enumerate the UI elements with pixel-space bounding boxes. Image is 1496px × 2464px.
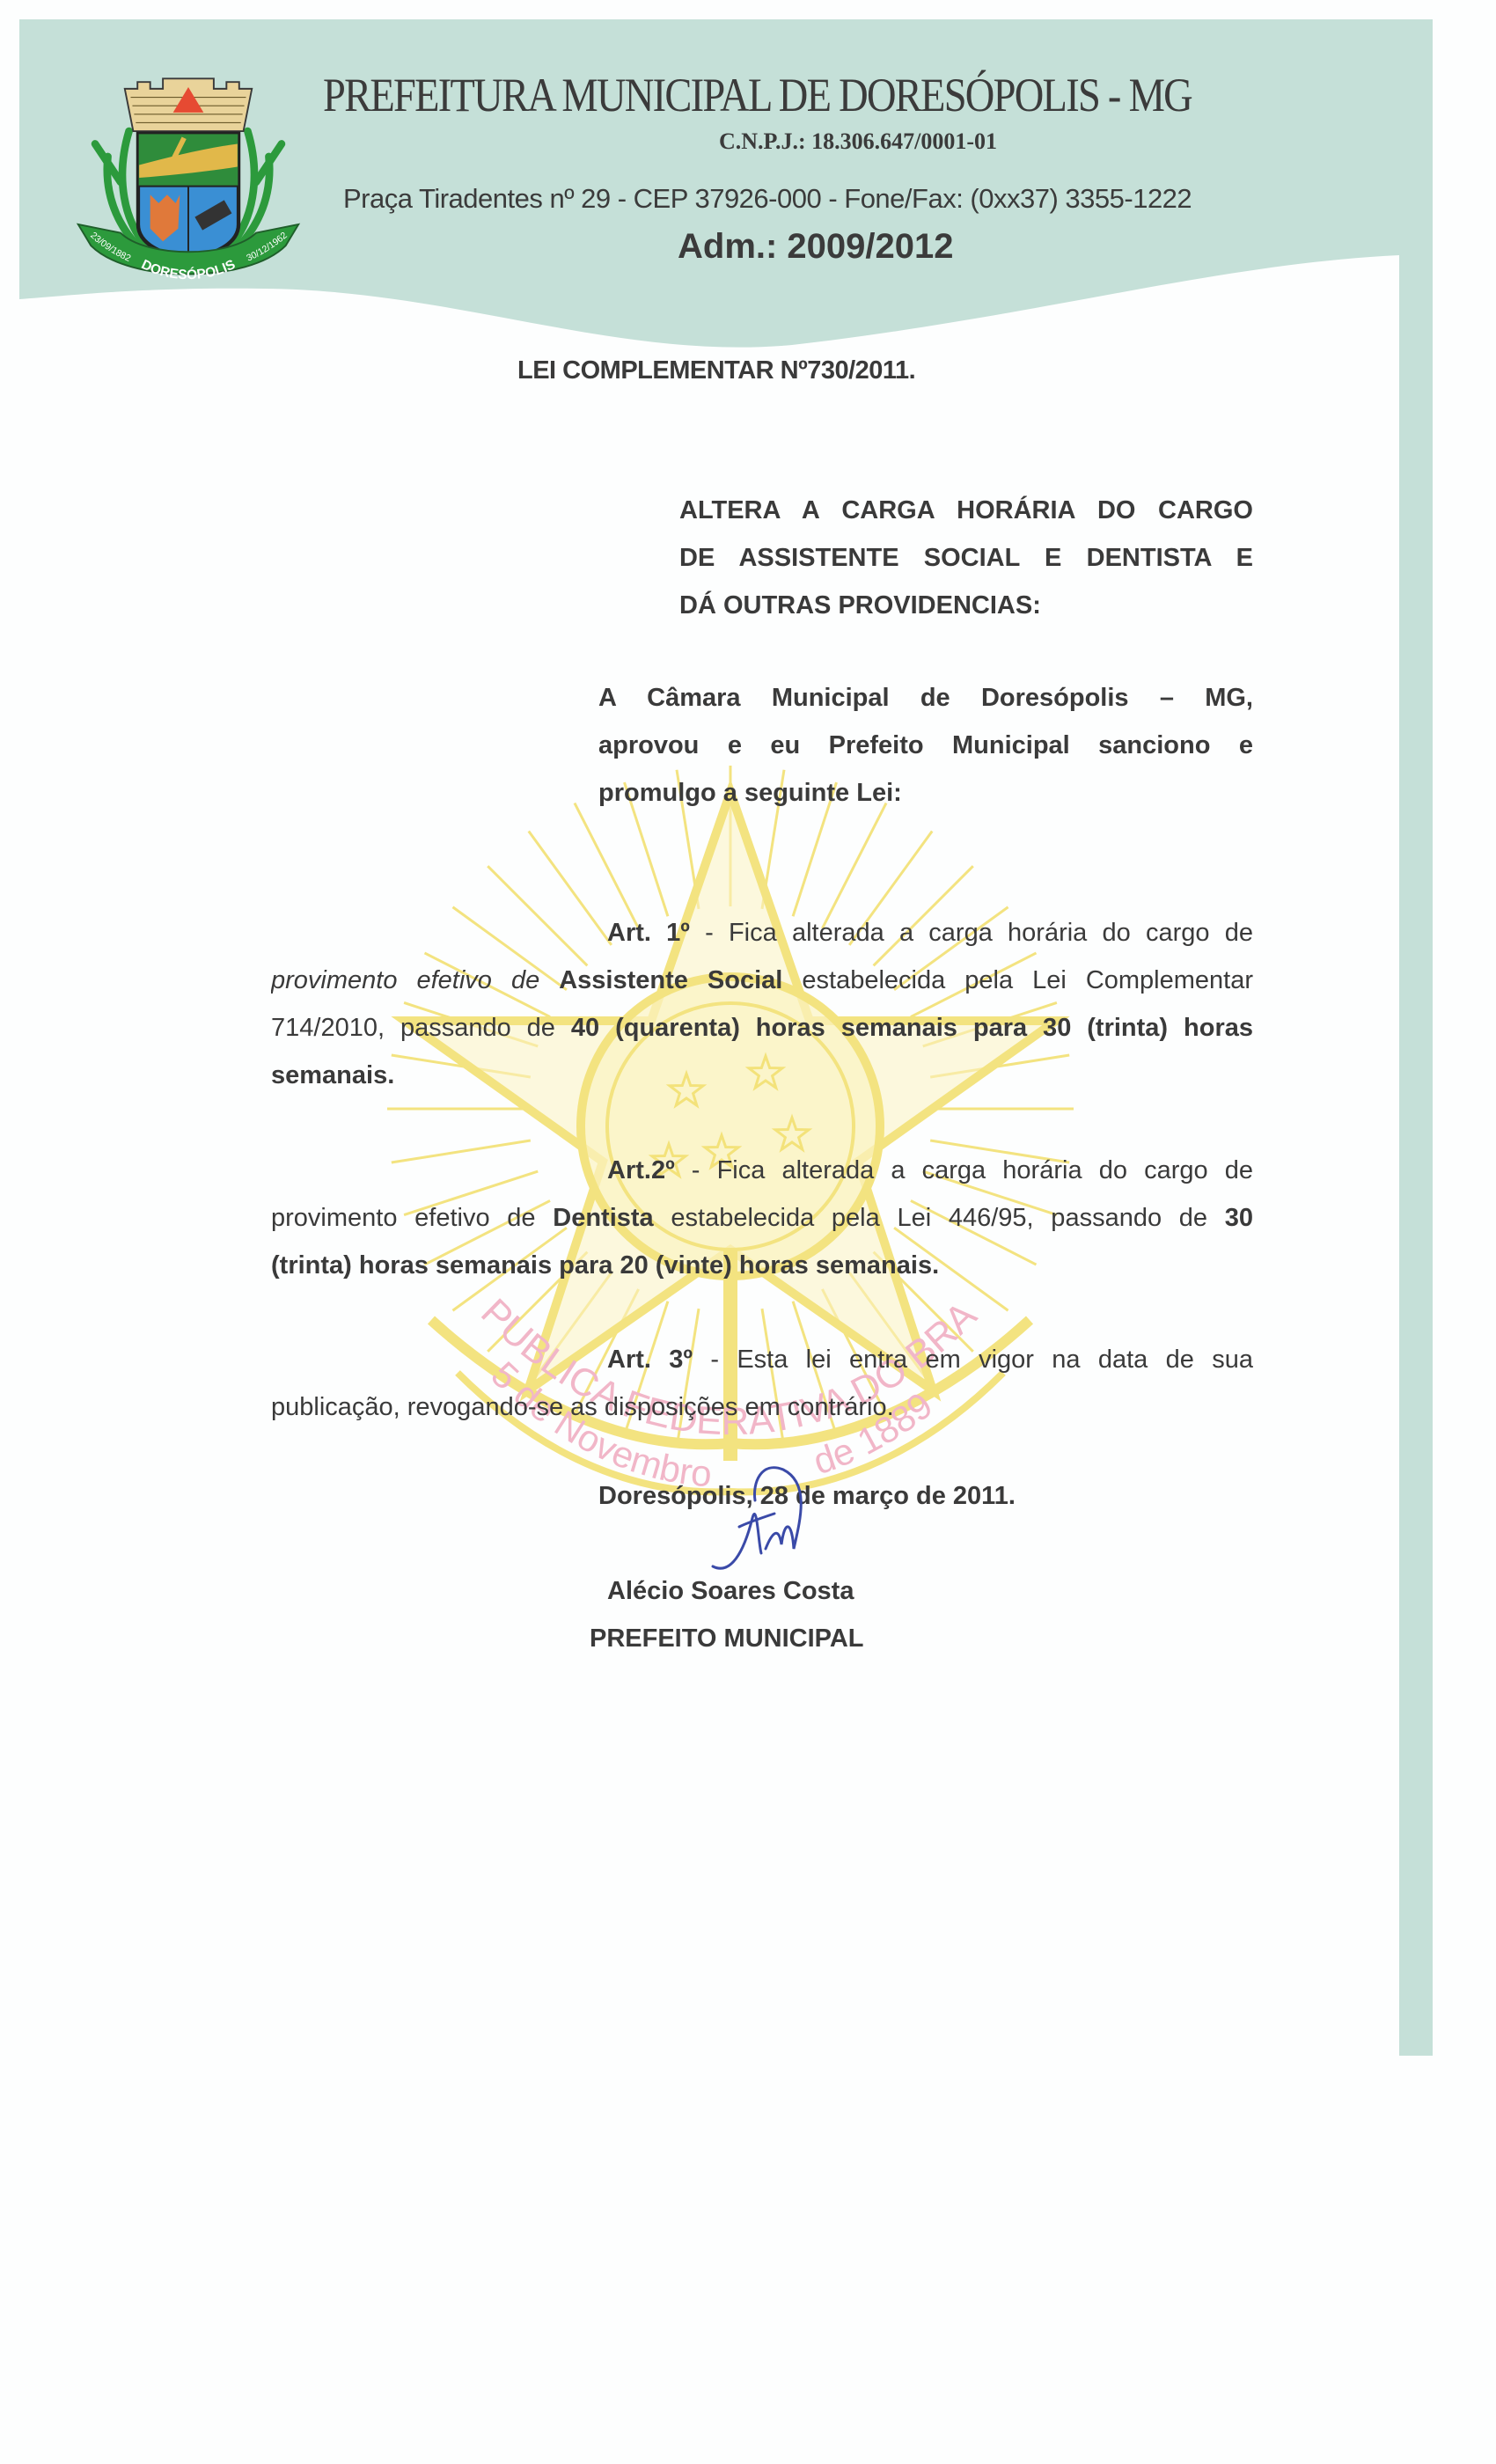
preamble-line: A Câmara Municipal de Doresópolis – MG,: [598, 682, 1253, 730]
preamble-line: aprovou e eu Prefeito Municipal sanciono…: [598, 730, 1253, 777]
article-text-bold: 30: [1225, 1204, 1253, 1232]
article-2: Art.2º - Fica alterada a carga horária d…: [271, 1155, 1253, 1297]
law-title: LEI COMPLEMENTAR Nº730/2011.: [517, 356, 915, 385]
article-3: Art. 3º - Esta lei entra em vigor na dat…: [271, 1344, 1253, 1439]
article-text-bold: Art. 3º: [607, 1346, 693, 1374]
article-text-bold: Dentista: [553, 1204, 653, 1232]
municipal-coat-of-arms-icon: DORESÓPOLIS 23/09/1882 30/12/1962: [69, 63, 308, 292]
article-line: Art.2º - Fica alterada a carga horária d…: [271, 1155, 1253, 1202]
preamble-line: promulgo a seguinte Lei:: [598, 777, 1253, 825]
ementa-line: ALTERA A CARGA HORÁRIA DO CARGO: [679, 495, 1253, 542]
article-text: estabelecida pela Lei 446/95, passando d…: [654, 1204, 1225, 1232]
article-text: - Esta lei entra em vigor na data de sua: [693, 1346, 1253, 1374]
article-text-bold: semanais.: [271, 1061, 394, 1089]
ementa: ALTERA A CARGA HORÁRIA DO CARGO DE ASSIS…: [679, 495, 1253, 637]
article-text: provimento efetivo de: [271, 1204, 553, 1232]
ementa-line: DE ASSISTENTE SOCIAL E DENTISTA E: [679, 542, 1253, 590]
article-text: publicação, revogando-se as disposições …: [271, 1393, 894, 1421]
article-text-bold: 40 (quarenta) horas semanais para 30 (tr…: [571, 1014, 1253, 1042]
article-line: Art. 3º - Esta lei entra em vigor na dat…: [271, 1344, 1253, 1391]
preamble: A Câmara Municipal de Doresópolis – MG, …: [598, 682, 1253, 825]
header-administration: Adm.: 2009/2012: [678, 227, 954, 267]
signer-role: PREFEITO MUNICIPAL: [590, 1624, 864, 1654]
article-text-bold: Art.2º: [607, 1156, 675, 1184]
article-1: Art. 1º - Fica alterada a carga horária …: [271, 917, 1253, 1107]
article-text-bold: (trinta) horas semanais para 20 (vinte) …: [271, 1251, 939, 1280]
article-line: (trinta) horas semanais para 20 (vinte) …: [271, 1250, 1253, 1297]
article-text: - Fica alterada a carga horária do cargo…: [690, 919, 1253, 947]
article-text-bold: Assistente Social: [559, 966, 782, 994]
header-title: PREFEITURA MUNICIPAL DE DORESÓPOLIS - MG: [323, 69, 1216, 121]
article-text: provimento efetivo de: [271, 966, 559, 994]
article-text: - Fica alterada a carga horária do cargo…: [675, 1156, 1253, 1184]
article-text: estabelecida pela Lei Complementar: [782, 966, 1253, 994]
article-line: provimento efetivo de Dentista estabelec…: [271, 1202, 1253, 1250]
article-line: provimento efetivo de Assistente Social …: [271, 964, 1253, 1012]
article-line: Art. 1º - Fica alterada a carga horária …: [271, 917, 1253, 964]
header-cnpj: C.N.P.J.: 18.306.647/0001-01: [0, 128, 1496, 155]
article-text: 714/2010, passando de: [271, 1014, 571, 1042]
article-text-bold: Art. 1º: [607, 919, 690, 947]
header-address: Praça Tiradentes nº 29 - CEP 37926-000 -…: [343, 183, 1192, 215]
article-line: 714/2010, passando de 40 (quarenta) hora…: [271, 1012, 1253, 1060]
signature-icon: [678, 1465, 818, 1588]
ementa-line: DÁ OUTRAS PROVIDENCIAS:: [679, 590, 1253, 637]
article-line: publicação, revogando-se as disposições …: [271, 1391, 1253, 1439]
article-line: semanais.: [271, 1060, 1253, 1107]
signer-name: Alécio Soares Costa: [607, 1577, 854, 1606]
